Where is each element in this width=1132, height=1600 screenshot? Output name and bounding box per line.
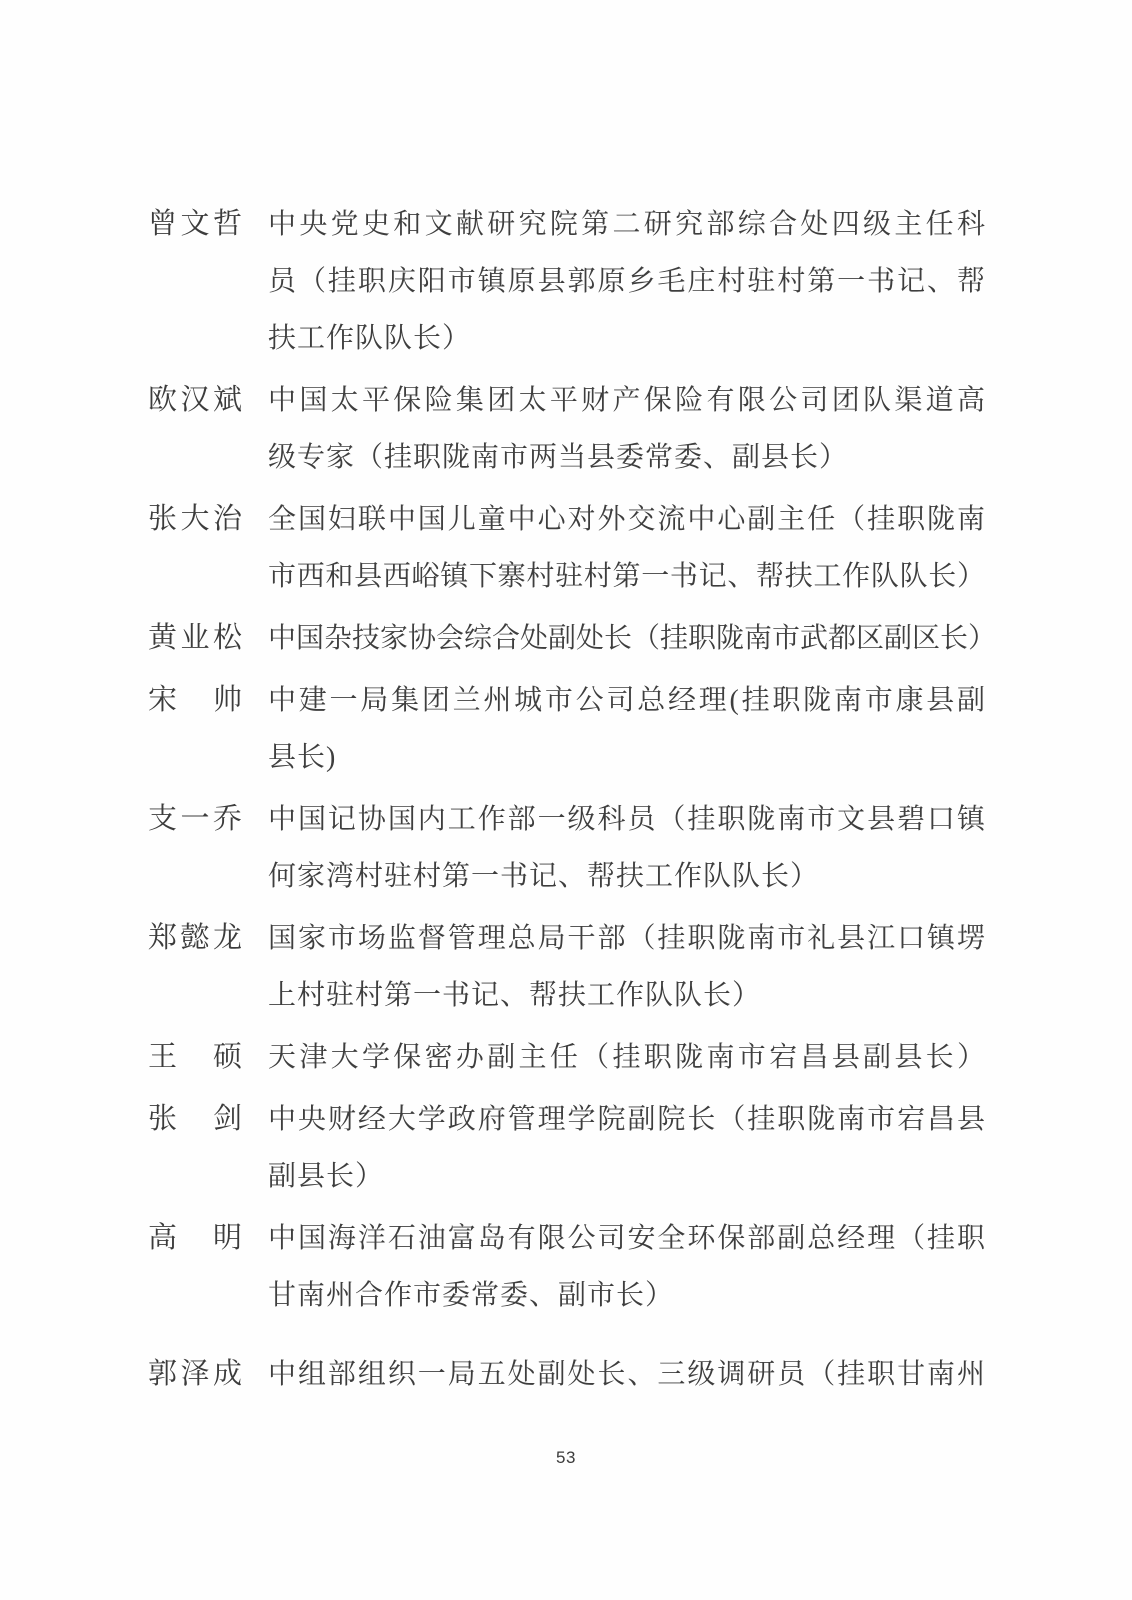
position-line: 市西和县西峪镇下寨村驻村第一书记、帮扶工作队队长） <box>268 548 985 605</box>
roster-entry: 郭泽成中组部组织一局五处副处长、三级调研员（挂职甘南州 <box>148 1346 988 1403</box>
position-line: 中央财经大学政府管理学院副院长（挂职陇南市宕昌县 <box>268 1091 985 1148</box>
position-line: 中国记协国内工作部一级科员（挂职陇南市文县碧口镇 <box>268 791 985 848</box>
position-line: 天津大学保密办副主任（挂职陇南市宕昌县副县长） <box>268 1029 985 1086</box>
person-position: 全国妇联中国儿童中心对外交流中心副主任（挂职陇南市西和县西峪镇下寨村驻村第一书记… <box>268 491 985 605</box>
position-line: 中国太平保险集团太平财产保险有限公司团队渠道高 <box>268 372 985 429</box>
person-name: 张大治 <box>148 491 242 548</box>
position-line: 全国妇联中国儿童中心对外交流中心副主任（挂职陇南 <box>268 491 985 548</box>
roster-entry: 王硕天津大学保密办副主任（挂职陇南市宕昌县副县长） <box>148 1029 988 1086</box>
person-position: 中国记协国内工作部一级科员（挂职陇南市文县碧口镇何家湾村驻村第一书记、帮扶工作队… <box>268 791 985 905</box>
person-name: 宋帅 <box>148 672 242 729</box>
position-line: 中建一局集团兰州城市公司总经理(挂职陇南市康县副 <box>268 672 985 729</box>
person-position: 中国太平保险集团太平财产保险有限公司团队渠道高级专家（挂职陇南市两当县委常委、副… <box>268 372 985 486</box>
position-line: 员（挂职庆阳市镇原县郭原乡毛庄村驻村第一书记、帮 <box>268 253 985 310</box>
position-line: 县长) <box>268 729 985 786</box>
roster-entry: 张大治全国妇联中国儿童中心对外交流中心副主任（挂职陇南市西和县西峪镇下寨村驻村第… <box>148 491 988 605</box>
roster-entry: 支一乔中国记协国内工作部一级科员（挂职陇南市文县碧口镇何家湾村驻村第一书记、帮扶… <box>148 791 988 905</box>
position-line: 中组部组织一局五处副处长、三级调研员（挂职甘南州 <box>268 1346 985 1403</box>
position-line: 国家市场监督管理总局干部（挂职陇南市礼县江口镇塄 <box>268 910 985 967</box>
person-name: 张剑 <box>148 1091 242 1148</box>
person-position: 中国杂技家协会综合处副处长（挂职陇南市武都区副区长） <box>268 610 985 667</box>
position-line: 上村驻村第一书记、帮扶工作队队长） <box>268 967 985 1024</box>
roster-entry: 曾文哲中央党史和文献研究院第二研究部综合处四级主任科员（挂职庆阳市镇原县郭原乡毛… <box>148 196 988 367</box>
document-page: 曾文哲中央党史和文献研究院第二研究部综合处四级主任科员（挂职庆阳市镇原县郭原乡毛… <box>0 0 1132 1600</box>
person-position: 中建一局集团兰州城市公司总经理(挂职陇南市康县副县长) <box>268 672 985 786</box>
person-name: 郭泽成 <box>148 1346 242 1403</box>
position-line: 甘南州合作市委常委、副市长） <box>268 1267 985 1324</box>
person-name: 曾文哲 <box>148 196 242 253</box>
position-line: 级专家（挂职陇南市两当县委常委、副县长） <box>268 429 985 486</box>
person-name: 高明 <box>148 1210 242 1267</box>
position-line: 副县长） <box>268 1148 985 1205</box>
position-line: 扶工作队队长） <box>268 310 985 367</box>
page-number: 53 <box>0 1448 1132 1468</box>
person-name: 黄业松 <box>148 610 242 667</box>
roster-entry: 张剑中央财经大学政府管理学院副院长（挂职陇南市宕昌县副县长） <box>148 1091 988 1205</box>
person-name: 王硕 <box>148 1029 242 1086</box>
person-position: 中央财经大学政府管理学院副院长（挂职陇南市宕昌县副县长） <box>268 1091 985 1205</box>
person-position: 中组部组织一局五处副处长、三级调研员（挂职甘南州 <box>268 1346 985 1403</box>
position-line: 中央党史和文献研究院第二研究部综合处四级主任科 <box>268 196 985 253</box>
position-line: 中国杂技家协会综合处副处长（挂职陇南市武都区副区长） <box>268 610 985 667</box>
roster-list: 曾文哲中央党史和文献研究院第二研究部综合处四级主任科员（挂职庆阳市镇原县郭原乡毛… <box>148 196 988 1408</box>
person-position: 中央党史和文献研究院第二研究部综合处四级主任科员（挂职庆阳市镇原县郭原乡毛庄村驻… <box>268 196 985 367</box>
person-position: 国家市场监督管理总局干部（挂职陇南市礼县江口镇塄上村驻村第一书记、帮扶工作队队长… <box>268 910 985 1024</box>
person-name: 郑懿龙 <box>148 910 242 967</box>
roster-entry: 郑懿龙国家市场监督管理总局干部（挂职陇南市礼县江口镇塄上村驻村第一书记、帮扶工作… <box>148 910 988 1024</box>
person-position: 天津大学保密办副主任（挂职陇南市宕昌县副县长） <box>268 1029 985 1086</box>
person-position: 中国海洋石油富岛有限公司安全环保部副总经理（挂职甘南州合作市委常委、副市长） <box>268 1210 985 1324</box>
roster-entry: 高明中国海洋石油富岛有限公司安全环保部副总经理（挂职甘南州合作市委常委、副市长） <box>148 1210 988 1324</box>
roster-entry: 黄业松中国杂技家协会综合处副处长（挂职陇南市武都区副区长） <box>148 610 988 667</box>
person-name: 支一乔 <box>148 791 242 848</box>
roster-entry: 欧汉斌中国太平保险集团太平财产保险有限公司团队渠道高级专家（挂职陇南市两当县委常… <box>148 372 988 486</box>
position-line: 中国海洋石油富岛有限公司安全环保部副总经理（挂职 <box>268 1210 985 1267</box>
position-line: 何家湾村驻村第一书记、帮扶工作队队长） <box>268 848 985 905</box>
person-name: 欧汉斌 <box>148 372 242 429</box>
roster-entry: 宋帅中建一局集团兰州城市公司总经理(挂职陇南市康县副县长) <box>148 672 988 786</box>
